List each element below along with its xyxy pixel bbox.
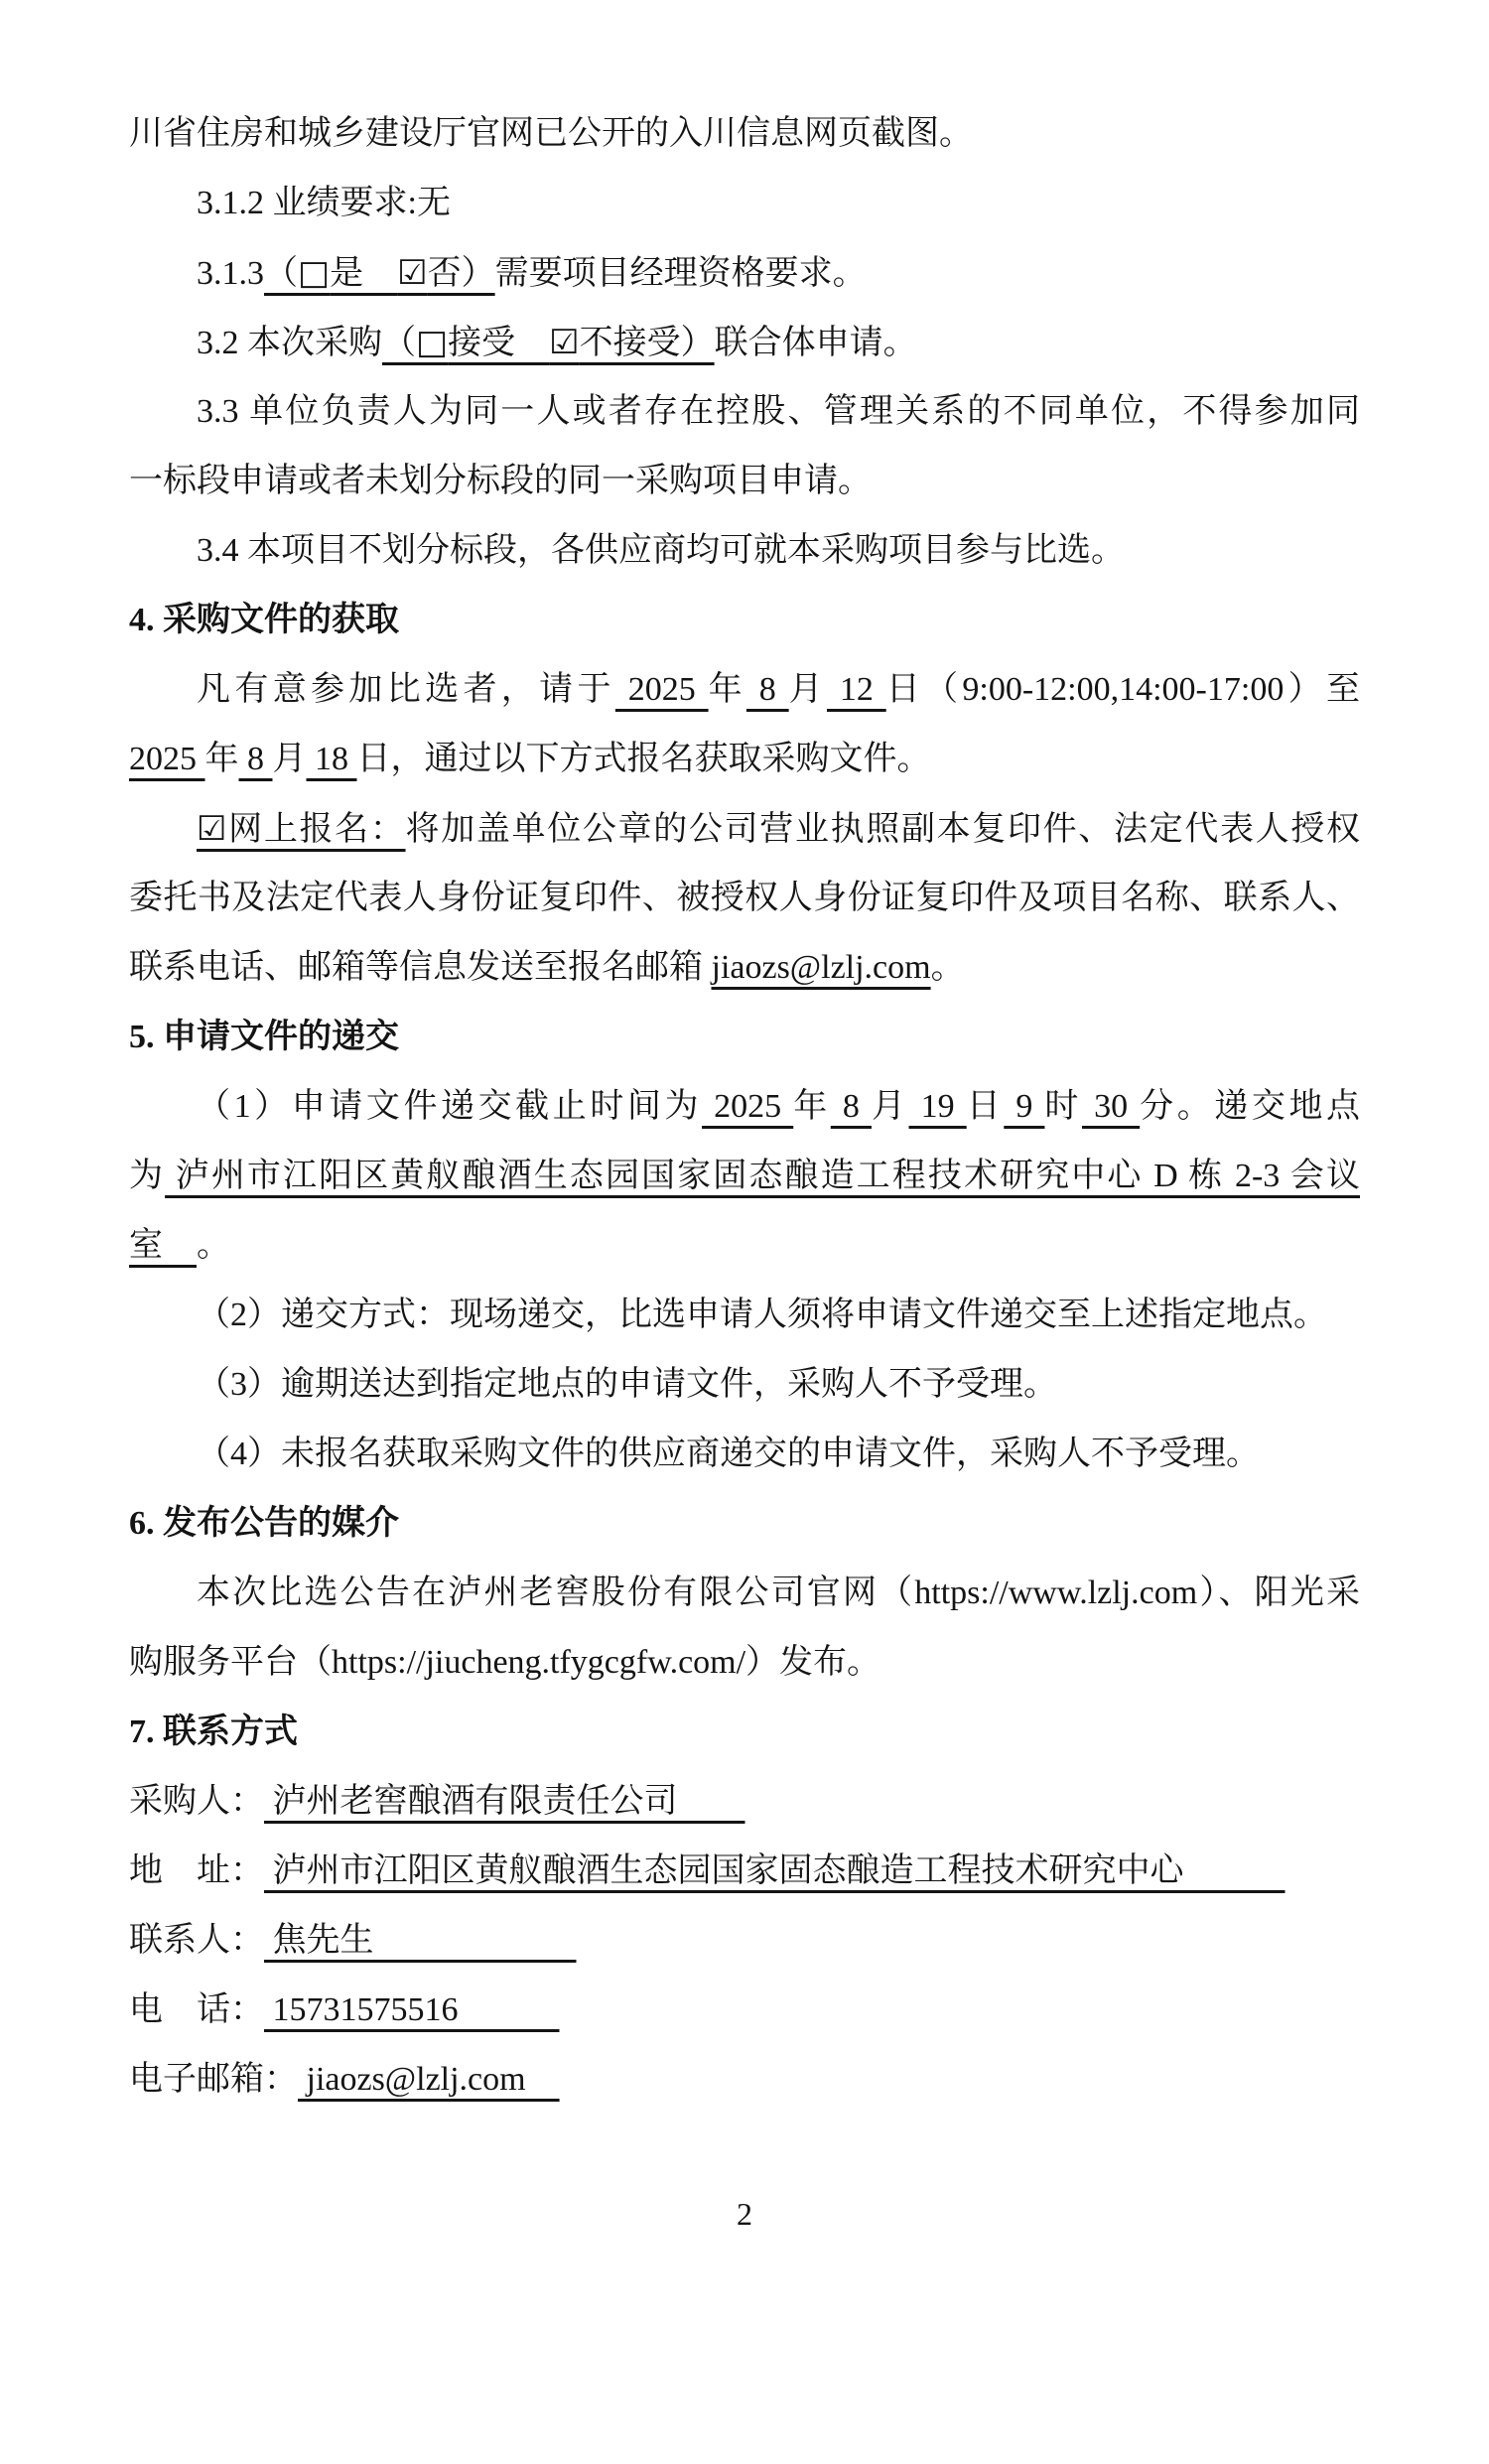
text-run: 。 [931, 949, 965, 986]
heading-text: 7. 联系方式 [129, 1713, 298, 1750]
filled-blank-year: 2025 [129, 741, 205, 777]
text-run: 日，通过以下方式报名获取采购文件。 [357, 741, 931, 777]
text-run: 。 [197, 1227, 230, 1264]
heading-text: 5. 申请文件的递交 [129, 1019, 399, 1055]
text-run: 一标段申请或者未划分标段的同一采购项目申请。 [129, 463, 872, 499]
section-heading-6: 6. 发布公告的媒介 [129, 1489, 1360, 1559]
section-heading-4: 4. 采购文件的获取 [129, 586, 1360, 655]
section-heading-5: 5. 申请文件的递交 [129, 1003, 1360, 1072]
text-run: 3.1.2 业绩要求:无 [197, 185, 451, 221]
heading-text: 4. 采购文件的获取 [129, 602, 399, 638]
filled-blank-day: 19 [909, 1088, 967, 1125]
phone-value: 15731575516 [264, 1991, 560, 2028]
text-run: 联合体申请。 [715, 325, 917, 361]
submission-location-end: 室 。 [129, 1211, 1360, 1281]
text-run: 年 [793, 1088, 831, 1125]
unregistered-submission-rule: （4）未报名获取采购文件的供应商递交的申请文件，采购人不予受理。 [129, 1420, 1360, 1489]
checkbox-checked-icon: ☑ [397, 253, 427, 293]
field-label: 电 话： [129, 1991, 264, 2028]
filled-blank-year: 2025 [615, 671, 709, 708]
submission-deadline-line-1: （1）申请文件递交截止时间为 2025 年 8 月 19 日 9 时 30 分。… [129, 1072, 1360, 1142]
filled-blank-day: 12 [827, 671, 886, 708]
email-value: jiaozs@lzlj.com [298, 2061, 560, 2098]
paragraph-continuation: 川省住房和城乡建设厅官网已公开的入川信息网页截图。 [129, 99, 1360, 169]
filled-blank: （□接受 ☑不接受） [382, 325, 715, 361]
signup-method-label: 网上报名： [226, 811, 405, 848]
filled-blank-minute: 30 [1082, 1088, 1140, 1125]
text-run: 需要项目经理资格要求。 [495, 255, 867, 292]
announcement-media-line-1: 本次比选公告在泸州老窖股份有限公司官网（https://www.lzlj.com… [129, 1559, 1360, 1628]
page-number: 2 [0, 2196, 1489, 2232]
announcement-media-line-2: 购服务平台（https://jiucheng.tfygcgfw.com/）发布。 [129, 1628, 1360, 1698]
contact-address: 地 址： 泸州市江阳区黄舣酿酒生态园国家固态酿造工程技术研究中心 [129, 1837, 1360, 1906]
clause-3-1-3: 3.1.3（□是 ☑否）需要项目经理资格要求。 [129, 238, 1360, 308]
text-run: 月 [789, 671, 827, 708]
text-run: 时 [1044, 1088, 1082, 1125]
clause-3-3-line-2: 一标段申请或者未划分标段的同一采购项目申请。 [129, 447, 1360, 516]
text-run: 年 [205, 741, 239, 777]
text-run: 分。递交地点 [1140, 1088, 1360, 1125]
address-value: 泸州市江阳区黄舣酿酒生态园国家固态酿造工程技术研究中心 [264, 1852, 1286, 1889]
checkbox-unchecked-icon: □ [416, 323, 448, 362]
contact-person: 联系人： 焦先生 [129, 1906, 1360, 1976]
text-run: 本次比选公告在泸州老窖股份有限公司官网（https://www.lzlj.com… [197, 1574, 1360, 1611]
field-label: 电子邮箱： [129, 2061, 298, 2098]
section-heading-7: 7. 联系方式 [129, 1698, 1360, 1767]
filled-blank-month: 8 [831, 1088, 872, 1125]
text-run: （4）未报名获取采购文件的供应商递交的申请文件，采购人不予受理。 [197, 1436, 1260, 1472]
online-signup-line-3: 联系电话、邮箱等信息发送至报名邮箱 jiaozs@lzlj.com。 [129, 933, 1360, 1003]
obtain-docs-line-2: 2025 年 8 月 18 日，通过以下方式报名获取采购文件。 [129, 725, 1360, 794]
text-run: （1）申请文件递交截止时间为 [197, 1088, 702, 1125]
purchaser-value: 泸州老窖酿酒有限责任公司 [264, 1783, 745, 1820]
online-signup-line-2: 委托书及法定代表人身份证复印件、被授权人身份证复印件及项目名称、联系人、 [129, 864, 1360, 933]
text-run: 月 [872, 1088, 909, 1125]
text-run: （ [264, 255, 298, 292]
filled-blank-location: 室 [129, 1227, 197, 1264]
contact-phone: 电 话： 15731575516 [129, 1976, 1360, 2045]
text-run: 3.3 单位负责人为同一人或者存在控股、管理关系的不同单位，不得参加同 [197, 393, 1360, 430]
filled-blank-location: 泸州市江阳区黄舣酿酒生态园国家固态酿造工程技术研究中心 D 栋 2-3 会议 [165, 1158, 1360, 1194]
text-run: （ [382, 325, 416, 361]
late-submission-rule: （3）逾期送达到指定地点的申请文件，采购人不予受理。 [129, 1350, 1360, 1420]
option-yes-label: 是 [330, 255, 397, 292]
text-run: 委托书及法定代表人身份证复印件、被授权人身份证复印件及项目名称、联系人、 [129, 880, 1360, 916]
text-run: 为 [129, 1158, 165, 1194]
contact-purchaser: 采购人： 泸州老窖酿酒有限责任公司 [129, 1767, 1360, 1837]
filled-blank: （□是 ☑否） [264, 255, 495, 292]
submission-method: （2）递交方式：现场递交，比选申请人须将申请文件递交至上述指定地点。 [129, 1281, 1360, 1350]
text-run: 将加盖单位公章的公司营业执照副本复印件、法定代表人授权 [406, 811, 1360, 848]
clause-number: 3.1.3 [197, 255, 264, 292]
email-link: jiaozs@lzlj.com [712, 949, 931, 986]
checkbox-checked-icon: ☑ [197, 809, 226, 849]
clause-3-1-2: 3.1.2 业绩要求:无 [129, 169, 1360, 238]
filled-blank-year: 2025 [702, 1088, 793, 1125]
obtain-docs-line-1: 凡有意参加比选者，请于 2025 年 8 月 12 日（9:00-12:00,1… [129, 655, 1360, 725]
option-no-label: 否） [428, 255, 495, 292]
text-run: 日（9:00-12:00,14:00-17:00）至 [886, 671, 1360, 708]
contact-person-value: 焦先生 [264, 1922, 577, 1959]
text-run: 年 [709, 671, 746, 708]
text-run: 联系电话、邮箱等信息发送至报名邮箱 [129, 949, 712, 986]
heading-text: 6. 发布公告的媒介 [129, 1505, 399, 1542]
text-run: （3）逾期送达到指定地点的申请文件，采购人不予受理。 [197, 1366, 1057, 1403]
filled-blank-day: 18 [307, 741, 357, 777]
option-accept-label: 接受 [448, 325, 549, 361]
text-run: 日 [967, 1088, 1005, 1125]
text-run: 月 [273, 741, 307, 777]
field-label: 联系人： [129, 1922, 264, 1959]
text-run: 凡有意参加比选者，请于 [197, 671, 615, 708]
option-reject-label: 不接受） [580, 325, 715, 361]
contact-email: 电子邮箱： jiaozs@lzlj.com [129, 2045, 1360, 2115]
filled-blank-hour: 9 [1004, 1088, 1044, 1125]
document-page: 川省住房和城乡建设厅官网已公开的入川信息网页截图。 3.1.2 业绩要求:无 3… [0, 0, 1489, 2464]
clause-3-3-line-1: 3.3 单位负责人为同一人或者存在控股、管理关系的不同单位，不得参加同 [129, 377, 1360, 447]
clause-3-4: 3.4 本项目不划分标段，各供应商均可就本采购项目参与比选。 [129, 516, 1360, 586]
signup-method: ☑网上报名： [197, 811, 406, 848]
submission-location-line: 为 泸州市江阳区黄舣酿酒生态园国家固态酿造工程技术研究中心 D 栋 2-3 会议 [129, 1142, 1360, 1211]
online-signup-line-1: ☑网上报名：将加盖单位公章的公司营业执照副本复印件、法定代表人授权 [129, 794, 1360, 864]
text-run: 3.2 本次采购 [197, 325, 382, 361]
checkbox-unchecked-icon: □ [298, 253, 330, 293]
filled-blank-month: 8 [746, 671, 789, 708]
text-run: 川省住房和城乡建设厅官网已公开的入川信息网页截图。 [129, 115, 973, 152]
checkbox-checked-icon: ☑ [549, 323, 579, 362]
text-run: （2）递交方式：现场递交，比选申请人须将申请文件递交至上述指定地点。 [197, 1297, 1327, 1333]
clause-3-2: 3.2 本次采购（□接受 ☑不接受）联合体申请。 [129, 308, 1360, 377]
field-label: 采购人： [129, 1783, 264, 1820]
text-run: 购服务平台（https://jiucheng.tfygcgfw.com/）发布。 [129, 1644, 880, 1681]
field-label: 地 址： [129, 1852, 264, 1889]
text-run: 3.4 本项目不划分标段，各供应商均可就本采购项目参与比选。 [197, 532, 1125, 569]
filled-blank-month: 8 [239, 741, 273, 777]
